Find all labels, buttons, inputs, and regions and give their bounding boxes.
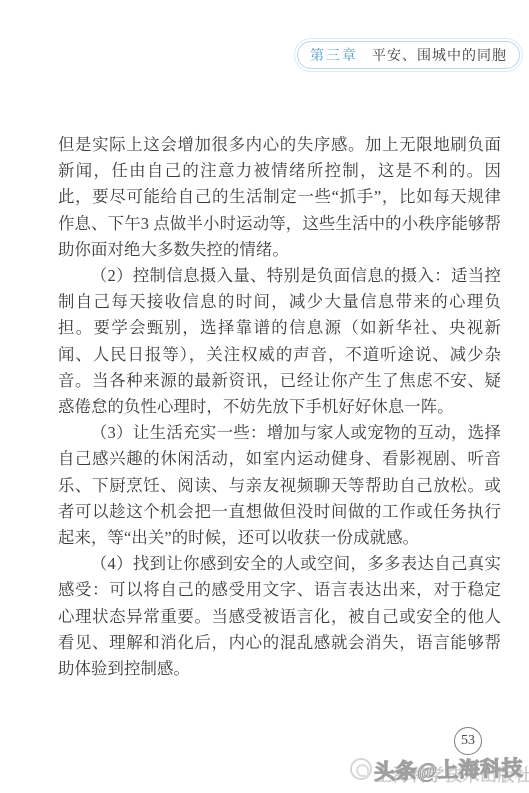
book-page: 第三章 平安、围城中的同胞 但是实际上这会增加很多内心的失序感。加上无限地刷负面… (0, 0, 529, 793)
chapter-header-pill: 第三章 平安、围城中的同胞 (297, 41, 520, 69)
watermark-area: 上海科学技术出版社 头条@上海科技 (348, 748, 529, 793)
chapter-title: 平安、围城中的同胞 (372, 45, 507, 65)
paragraph-continuation: 但是实际上这会增加很多内心的失序感。加上无限地刷负面新闻，任由自己的注意力被情绪… (58, 132, 501, 263)
page-number: 53 (461, 733, 475, 749)
publisher-logo-icon (350, 758, 372, 780)
toutiao-watermark-text: 头条@上海科技 (374, 752, 524, 786)
paragraph-item-4: （4）找到让你感到安全的人或空间，多多表达自己真实感受：可以将自己的感受用文字、… (58, 551, 501, 682)
paragraph-item-2: （2）控制信息摄入量、特别是负面信息的摄入：适当控制自己每天接收信息的时间，减少… (58, 263, 501, 420)
body-text-block: 但是实际上这会增加很多内心的失序感。加上无限地刷负面新闻，任由自己的注意力被情绪… (58, 132, 501, 682)
paragraph-item-3: （3）让生活充实一些：增加与家人或宠物的互动，选择自己感兴趣的休闲活动，如室内运… (58, 420, 501, 551)
chapter-number-label: 第三章 (310, 45, 358, 65)
